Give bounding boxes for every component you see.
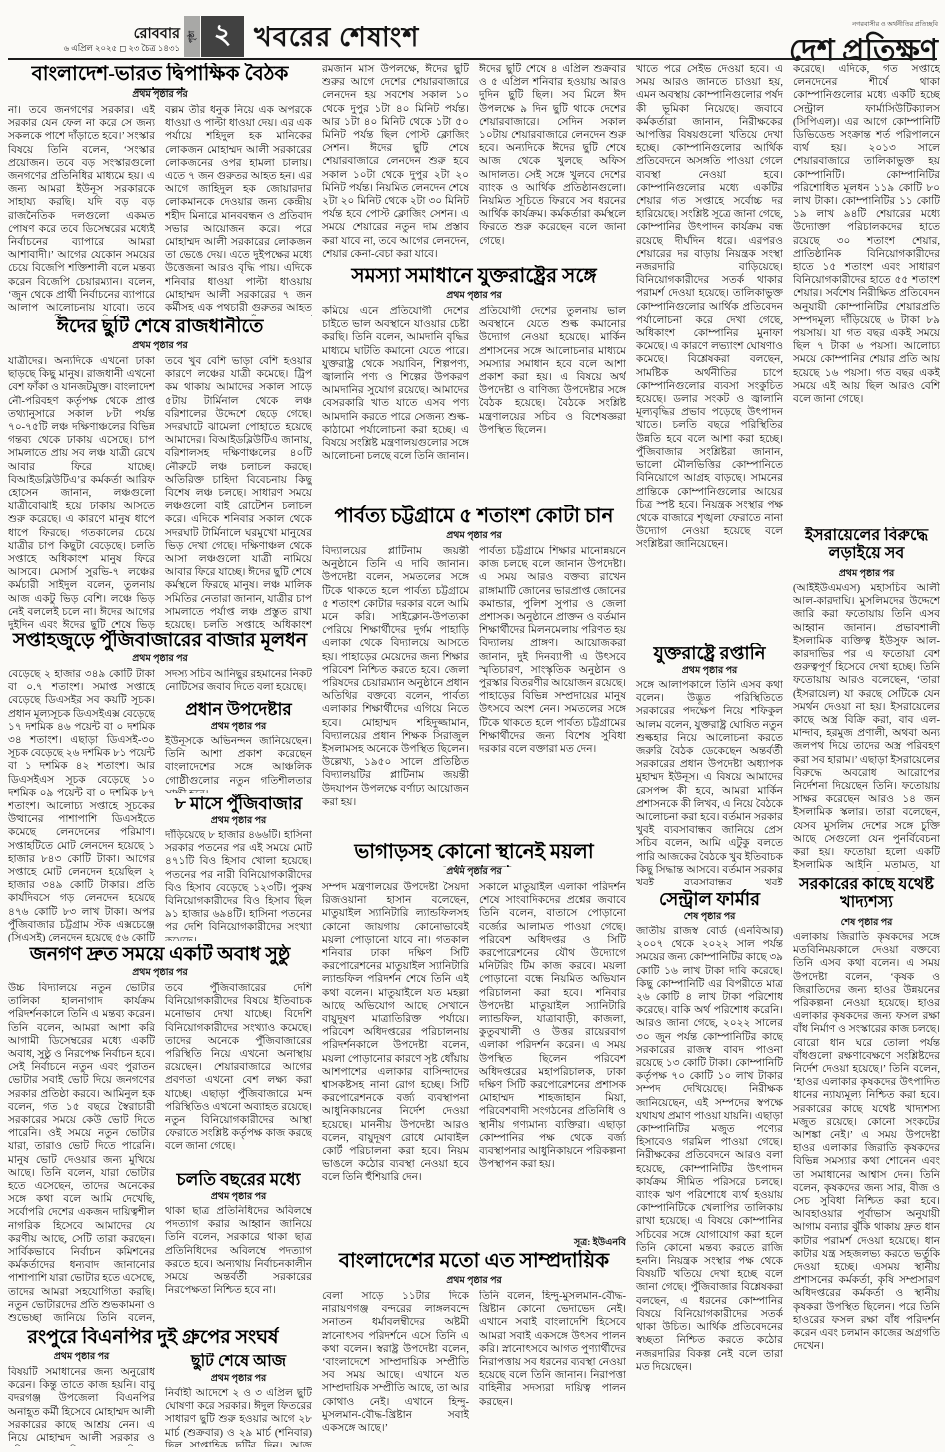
story-text: এলাকায় জিরাতি কৃষকদের সঙ্গে মতবিনিময়কা…: [793, 931, 940, 1446]
story-text: রমজান মাস উপলক্ষে, ঈদের ছুটি শুরুর আগে দ…: [322, 63, 469, 265]
story-headline: ভাগাড়সহ কোনো স্থানেই ময়লা পোড়ানো: [322, 841, 626, 867]
continuation-label: প্রথম পৃষ্ঠার পর: [322, 531, 626, 544]
story-text: (আইইউএমএস) মহাসচিব আলী আল-কারদাঘি। মুসলি…: [793, 582, 940, 872]
story-text: করেছে। এদিকে, গত সপ্তাহে লেনদেনের শীর্ষে…: [793, 63, 940, 525]
masthead-logo: দেশ প্রতিক্ষণ: [660, 26, 938, 59]
story-headline: বাংলাদেশের মতো এত সাম্প্রদায়িক: [322, 1250, 626, 1276]
story-headline: বাংলাদেশ-ভারত দ্বিপাক্ষিক বৈঠক ভালো: [8, 63, 312, 90]
story-text: খাতে পরে সেইভ দেওয়া হবে। এ সময় আরও জান…: [636, 63, 783, 639]
continuation-label: প্রথম পৃষ্ঠার পর: [8, 90, 312, 103]
story-headline: সরকারের কাছে যথেষ্ট খাদ্যশস্য: [793, 876, 940, 918]
story-text: পার্বত্য চট্টগ্রামে শিক্ষার মানোন্নয়নে …: [479, 545, 626, 841]
story-text: যাত্রীদের। অন্যদিকে এখনো ঢাকা ছাড়ছে কিছ…: [8, 355, 155, 630]
weekday-label: রোববার: [96, 23, 180, 41]
continuation-label: শেষ পৃষ্ঠার পর: [636, 912, 783, 924]
page-tab-label: পৃষ্ঠা: [184, 16, 200, 57]
story-text: বেড়েছে ২ হাজার ৩৪৯ কোটি টাকা বা ০.৭ শতা…: [8, 668, 155, 942]
story-text: না। তবে জনগণের সরকার। এই সরকার যেন ফেল ন…: [8, 104, 155, 316]
continuation-label: প্রথম পৃষ্ঠার পর: [322, 1276, 626, 1289]
story-text: সঙ্গে আলাপকালে তিনি এসব কথা বলেন। উদ্ভূত…: [636, 679, 783, 885]
story-text: উচ্চ বিদ্যালয়ে নতুন ভোটার তালিকা হালনাগ…: [8, 982, 155, 1324]
story-headline: ছুটি শেষে আজ: [165, 1353, 312, 1374]
continuation-label: প্রথম পৃষ্ঠার পর: [322, 291, 626, 304]
story-text: বল্লম তীর ধনুক নিয়ে এক অপরকে ধাওয়া ও প…: [165, 104, 312, 316]
continuation-label: প্রথম পৃষ্ঠার পর: [636, 666, 783, 678]
story-text: জাতীয় রাজস্ব বোর্ড (এনবিআর) ২০০৭ থেকে ২…: [636, 925, 783, 1446]
story-headline: সপ্তাহজুড়ে পুঁজিবাজারের বাজার মূলধন: [8, 630, 312, 654]
story-headline: ইসরায়েলের বিরুদ্ধে লড়াইয়ে সব: [793, 527, 940, 569]
section-title: খবরের শেষাংশ: [254, 17, 584, 55]
page-number-badge: ২: [201, 16, 244, 57]
story-text: তবে পুঁজিবাজারের দেশি বিনিয়োগকারীদের বি…: [165, 982, 312, 1168]
continuation-label: প্রথম পৃষ্ঠার পর: [165, 722, 312, 734]
story-headline: ৮ মাসে পুঁজিবাজার: [165, 794, 312, 816]
story-headline: যুক্তরাষ্ট্রে রপ্তানি: [636, 643, 783, 666]
source-credit: সূত্র: ইউএনবি: [479, 1236, 626, 1248]
story-text: বিষয়টি সমাধানের জন্য অনুরোধ করেন। কিন্ত…: [8, 1366, 155, 1446]
continuation-label: প্রথম পৃষ্ঠার পর: [322, 867, 626, 880]
story-headline: সমস্যা সমাধানে যুক্তরাষ্ট্রের সঙ্গে: [322, 265, 626, 291]
story-headline: চলতি বছরের মধ্যে: [165, 1170, 312, 1192]
continuation-label: প্রথম পৃষ্ঠার পর: [165, 1192, 312, 1204]
story-text: বিদ্যালয়ের প্লাটিনাম জয়ন্তী অনুষ্ঠানে …: [322, 545, 469, 841]
story-headline: প্রধান উপদেষ্টার: [165, 700, 312, 722]
story-text: সকালে মাতুয়াইল এলাকা পরিদর্শন শেষে সাংব…: [479, 881, 626, 1236]
continuation-label: প্রথম পৃষ্ঠার পর: [8, 654, 312, 667]
story-text: সদস্য সচিব আনিছুর রহমানের নিকট নোটিসের জ…: [165, 668, 312, 698]
story-text: প্রতিযোগী দেশের তুলনায় ভাল অবস্থানে যেত…: [479, 305, 626, 505]
newspaper-page: রোববার ৬ এপ্রিল ২০২৫ ◻ ২৩ চৈত্র ১৪৩১ পৃষ…: [0, 0, 945, 1452]
story-headline: রংপুরে বিএনপির দুই গ্রুপের সংঘর্ষ: [8, 1327, 298, 1352]
story-text: বেলা সাড়ে ১১টার দিকে নারায়ণগঞ্জ বন্দরে…: [322, 1290, 469, 1446]
story-text: নির্বাহী আদেশে ২ ও ৩ এপ্রিল ছুটি ঘোষণা ক…: [165, 1387, 312, 1447]
story-headline: ঈদের ছুটি শেষে রাজধানীতে: [8, 316, 312, 341]
story-text: থাকা ছাত্র প্রতিনিধিদের অবিলম্বে পদত্যাগ…: [165, 1205, 312, 1325]
story-text: ইউনূসকে অভিনন্দন জানিয়েছেন। তিনি আশা প্…: [165, 735, 312, 793]
story-text: সম্পদ মন্ত্রণালয়ের উপদেষ্টা সৈয়দা রিজও…: [322, 881, 469, 1249]
date-line: ৬ এপ্রিল ২০২৫ ◻ ২৩ চৈত্র ১৪৩১: [30, 42, 180, 54]
continuation-label: প্রথম পৃষ্ঠার পর: [165, 816, 312, 828]
continuation-label: শেষ পৃষ্ঠার পর: [793, 918, 940, 930]
story-text: দাঁড়িয়েছে ৮ হাজার ৪৬৬টি। হাসিনা সরকার …: [165, 829, 312, 941]
story-headline: জনগণ দ্রুত সময়ে একটি অবাধ সুষ্ঠু: [8, 944, 312, 968]
continuation-label: প্রথম পৃষ্ঠার পর: [793, 569, 940, 581]
story-text: ঈদের ছুটি শেষে ৪ এপ্রিল শুক্রবার ও ৫ এপ্…: [479, 63, 626, 265]
continuation-label: প্রথম পৃষ্ঠার পর: [165, 1374, 312, 1386]
header-rule: [8, 58, 937, 60]
story-text: তবে খুব বেশি ভাড়া বেশি হওয়ার কারণে লঞ্…: [165, 355, 312, 630]
continuation-label: প্রথম পৃষ্ঠার পর: [8, 341, 312, 354]
story-headline: পার্বত্য চট্টগ্রামে ৫ শতাংশ কোটা চান: [322, 505, 626, 531]
story-text: তিনি বলেন, হিন্দু-মুসলমান-বৌদ্ধ-খ্রিষ্টা…: [479, 1290, 626, 1446]
continuation-label: প্রথম পৃষ্ঠার পর: [8, 968, 312, 981]
story-headline: সেন্ট্রাল ফার্মার: [636, 889, 783, 912]
story-text: কমিয়ে এনে প্রতিযোগী দেশের চাইতে ভাল অবস…: [322, 305, 469, 505]
continuation-label: প্রথম পৃষ্ঠার পর: [8, 1352, 155, 1364]
